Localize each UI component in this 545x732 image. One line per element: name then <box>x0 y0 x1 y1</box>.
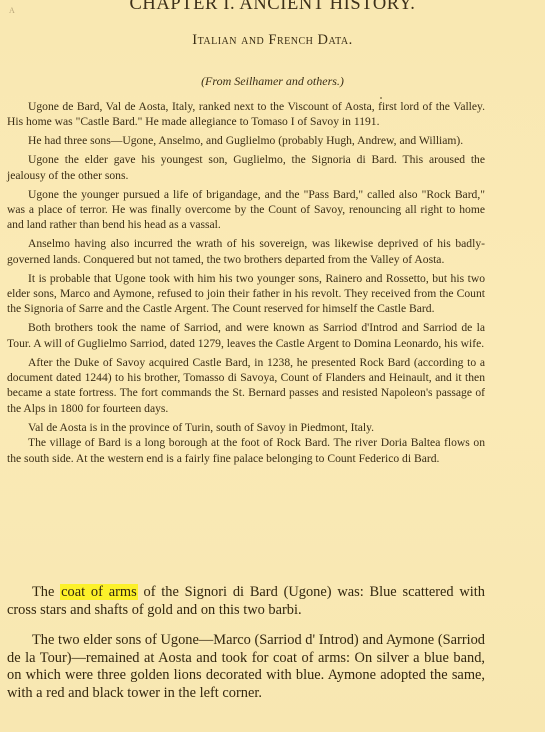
paragraph-three-sons: He had three sons—Ugone, Anselmo, and Gu… <box>7 133 485 148</box>
body-text-large-coat: The coat of arms of the Signori di Bard … <box>7 584 485 619</box>
paragraph-ugone-de-bard: Ugone de Bard, Val de Aosta, Italy, rank… <box>7 99 485 130</box>
body-text-small: Ugone de Bard, Val de Aosta, Italy, rank… <box>7 99 485 469</box>
highlighted-text: coat of arms <box>60 584 138 600</box>
paragraph-ugone-younger: Ugone the younger pursued a life of brig… <box>7 187 485 233</box>
source-attribution: (From Seilhamer and others.) <box>0 74 545 89</box>
chapter-title: CHAPTER I. ANCIENT HISTORY. <box>0 0 545 15</box>
paragraph-probable: It is probable that Ugone took with him … <box>7 271 485 317</box>
paragraph-sarriod: Both brothers took the name of Sarriod, … <box>7 320 485 351</box>
paragraph-elder-sons-arms: The two elder sons of Ugone—Marco (Sarri… <box>7 632 485 702</box>
paragraph-anselmo: Anselmo having also incurred the wrath o… <box>7 236 485 267</box>
text-before-highlight: The <box>32 584 60 600</box>
section-title: Italian and French Data. <box>0 32 545 49</box>
paragraph-ugone-elder: Ugone the elder gave his youngest son, G… <box>7 152 485 183</box>
paragraph-coat-of-arms: The coat of arms of the Signori di Bard … <box>7 584 485 619</box>
paragraph-village-of-bard: The village of Bard is a long borough at… <box>7 435 485 466</box>
paragraph-duke-of-savoy: After the Duke of Savoy acquired Castle … <box>7 355 485 417</box>
body-text-large-last: The two elder sons of Ugone—Marco (Sarri… <box>7 632 485 702</box>
document-page: A CHAPTER I. ANCIENT HISTORY. Italian an… <box>0 0 545 732</box>
paragraph-val-de-aosta: Val de Aosta is in the province of Turin… <box>7 420 485 435</box>
